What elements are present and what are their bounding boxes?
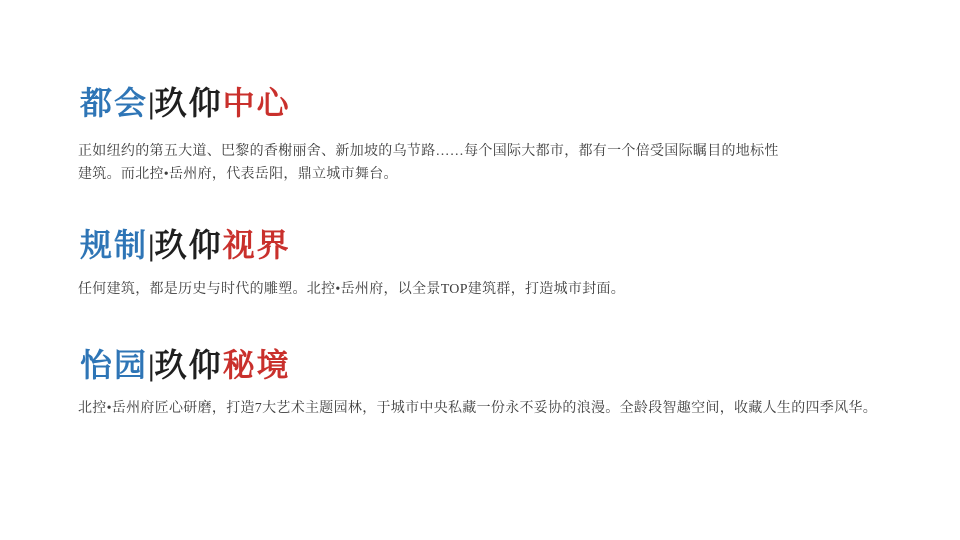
section-3-body: 北控•岳州府匠心研磨，打造7大艺术主题园林，于城市中央私藏一份永不妥协的浪漫。全… <box>78 397 877 420</box>
section-2-title-red: 视界 <box>223 227 291 263</box>
section-3-title-black: 玖仰 <box>155 347 223 383</box>
section-2-title-blue: 规制 <box>80 227 148 263</box>
section-2-title-black: 玖仰 <box>155 227 223 263</box>
section-1-title-blue: 都会 <box>80 85 148 121</box>
section-1-title-black: 玖仰 <box>155 85 223 121</box>
section-2-body-line-1: 任何建筑，都是历史与时代的雕塑。北控•岳州府，以全景TOP建筑群，打造城市封面。 <box>78 278 625 301</box>
section-3-title-red: 秘境 <box>223 347 291 383</box>
section-1-body-line-1: 正如纽约的第五大道、巴黎的香榭丽舍、新加坡的乌节路……每个国际大都市，都有一个倍… <box>78 140 779 163</box>
section-3-title-separator: | <box>148 349 155 382</box>
slide-canvas: 都会|玖仰中心 正如纽约的第五大道、巴黎的香榭丽舍、新加坡的乌节路……每个国际大… <box>0 0 960 540</box>
section-2-body: 任何建筑，都是历史与时代的雕塑。北控•岳州府，以全景TOP建筑群，打造城市封面。 <box>78 278 625 301</box>
section-2-title-separator: | <box>148 229 155 262</box>
section-1-body-line-2: 建筑。而北控•岳州府，代表岳阳，鼎立城市舞台。 <box>78 163 779 186</box>
section-3-body-line-1: 北控•岳州府匠心研磨，打造7大艺术主题园林，于城市中央私藏一份永不妥协的浪漫。全… <box>78 397 877 420</box>
section-3-heading: 怡园|玖仰秘境 <box>80 346 291 386</box>
section-1-heading: 都会|玖仰中心 <box>80 84 291 124</box>
section-1-title-red: 中心 <box>223 85 291 121</box>
section-3-title-blue: 怡园 <box>80 347 148 383</box>
section-1-title-separator: | <box>148 87 155 120</box>
section-1-body: 正如纽约的第五大道、巴黎的香榭丽舍、新加坡的乌节路……每个国际大都市，都有一个倍… <box>78 140 779 186</box>
section-2-heading: 规制|玖仰视界 <box>80 226 291 266</box>
